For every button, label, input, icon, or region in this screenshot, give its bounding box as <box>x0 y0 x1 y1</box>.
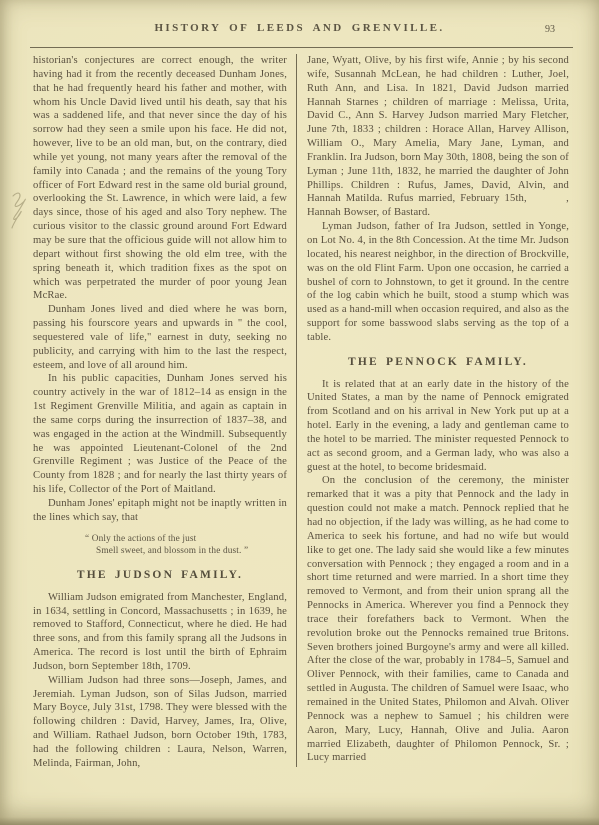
quote-line: “ Only the actions of the just <box>85 533 287 546</box>
text-columns: historian's conjectures are correct enou… <box>0 48 599 771</box>
paragraph: William Judson had three sons—Joseph, Ja… <box>33 674 287 771</box>
quote-line: Smell sweet, and blossom in the dust. ” <box>96 545 287 558</box>
page-number: 93 <box>545 24 555 35</box>
paragraph: It is related that at an early date in t… <box>307 378 569 475</box>
paragraph: Lyman Judson, father of Ira Judson, sett… <box>307 220 569 345</box>
paragraph: Jane, Wyatt, Olive, by his first wife, A… <box>307 54 569 220</box>
book-title: HISTORY OF LEEDS AND GRENVILLE. <box>0 22 599 34</box>
epitaph-quote: “ Only the actions of the just Smell swe… <box>85 533 287 558</box>
paragraph: Dunham Jones lived and died where he was… <box>33 303 287 372</box>
page-header: HISTORY OF LEEDS AND GRENVILLE. 93 <box>0 0 599 44</box>
paragraph: In his public capacities, Dunham Jones s… <box>33 372 287 497</box>
paragraph: William Judson emigrated from Manchester… <box>33 591 287 674</box>
section-heading-judson-family: THE JUDSON FAMILY. <box>33 569 287 583</box>
paragraph: historian's conjectures are correct enou… <box>33 54 287 303</box>
paragraph: Dunham Jones' epitaph might not be inapt… <box>33 497 287 525</box>
page-bottom-edge <box>0 817 599 825</box>
left-column: historian's conjectures are correct enou… <box>33 54 296 771</box>
section-heading-pennock-family: THE PENNOCK FAMILY. <box>307 356 569 370</box>
scanned-book-page: HISTORY OF LEEDS AND GRENVILLE. 93 histo… <box>0 0 599 825</box>
right-column: Jane, Wyatt, Olive, by his first wife, A… <box>297 54 569 771</box>
paragraph: On the conclusion of the ceremony, the m… <box>307 474 569 765</box>
